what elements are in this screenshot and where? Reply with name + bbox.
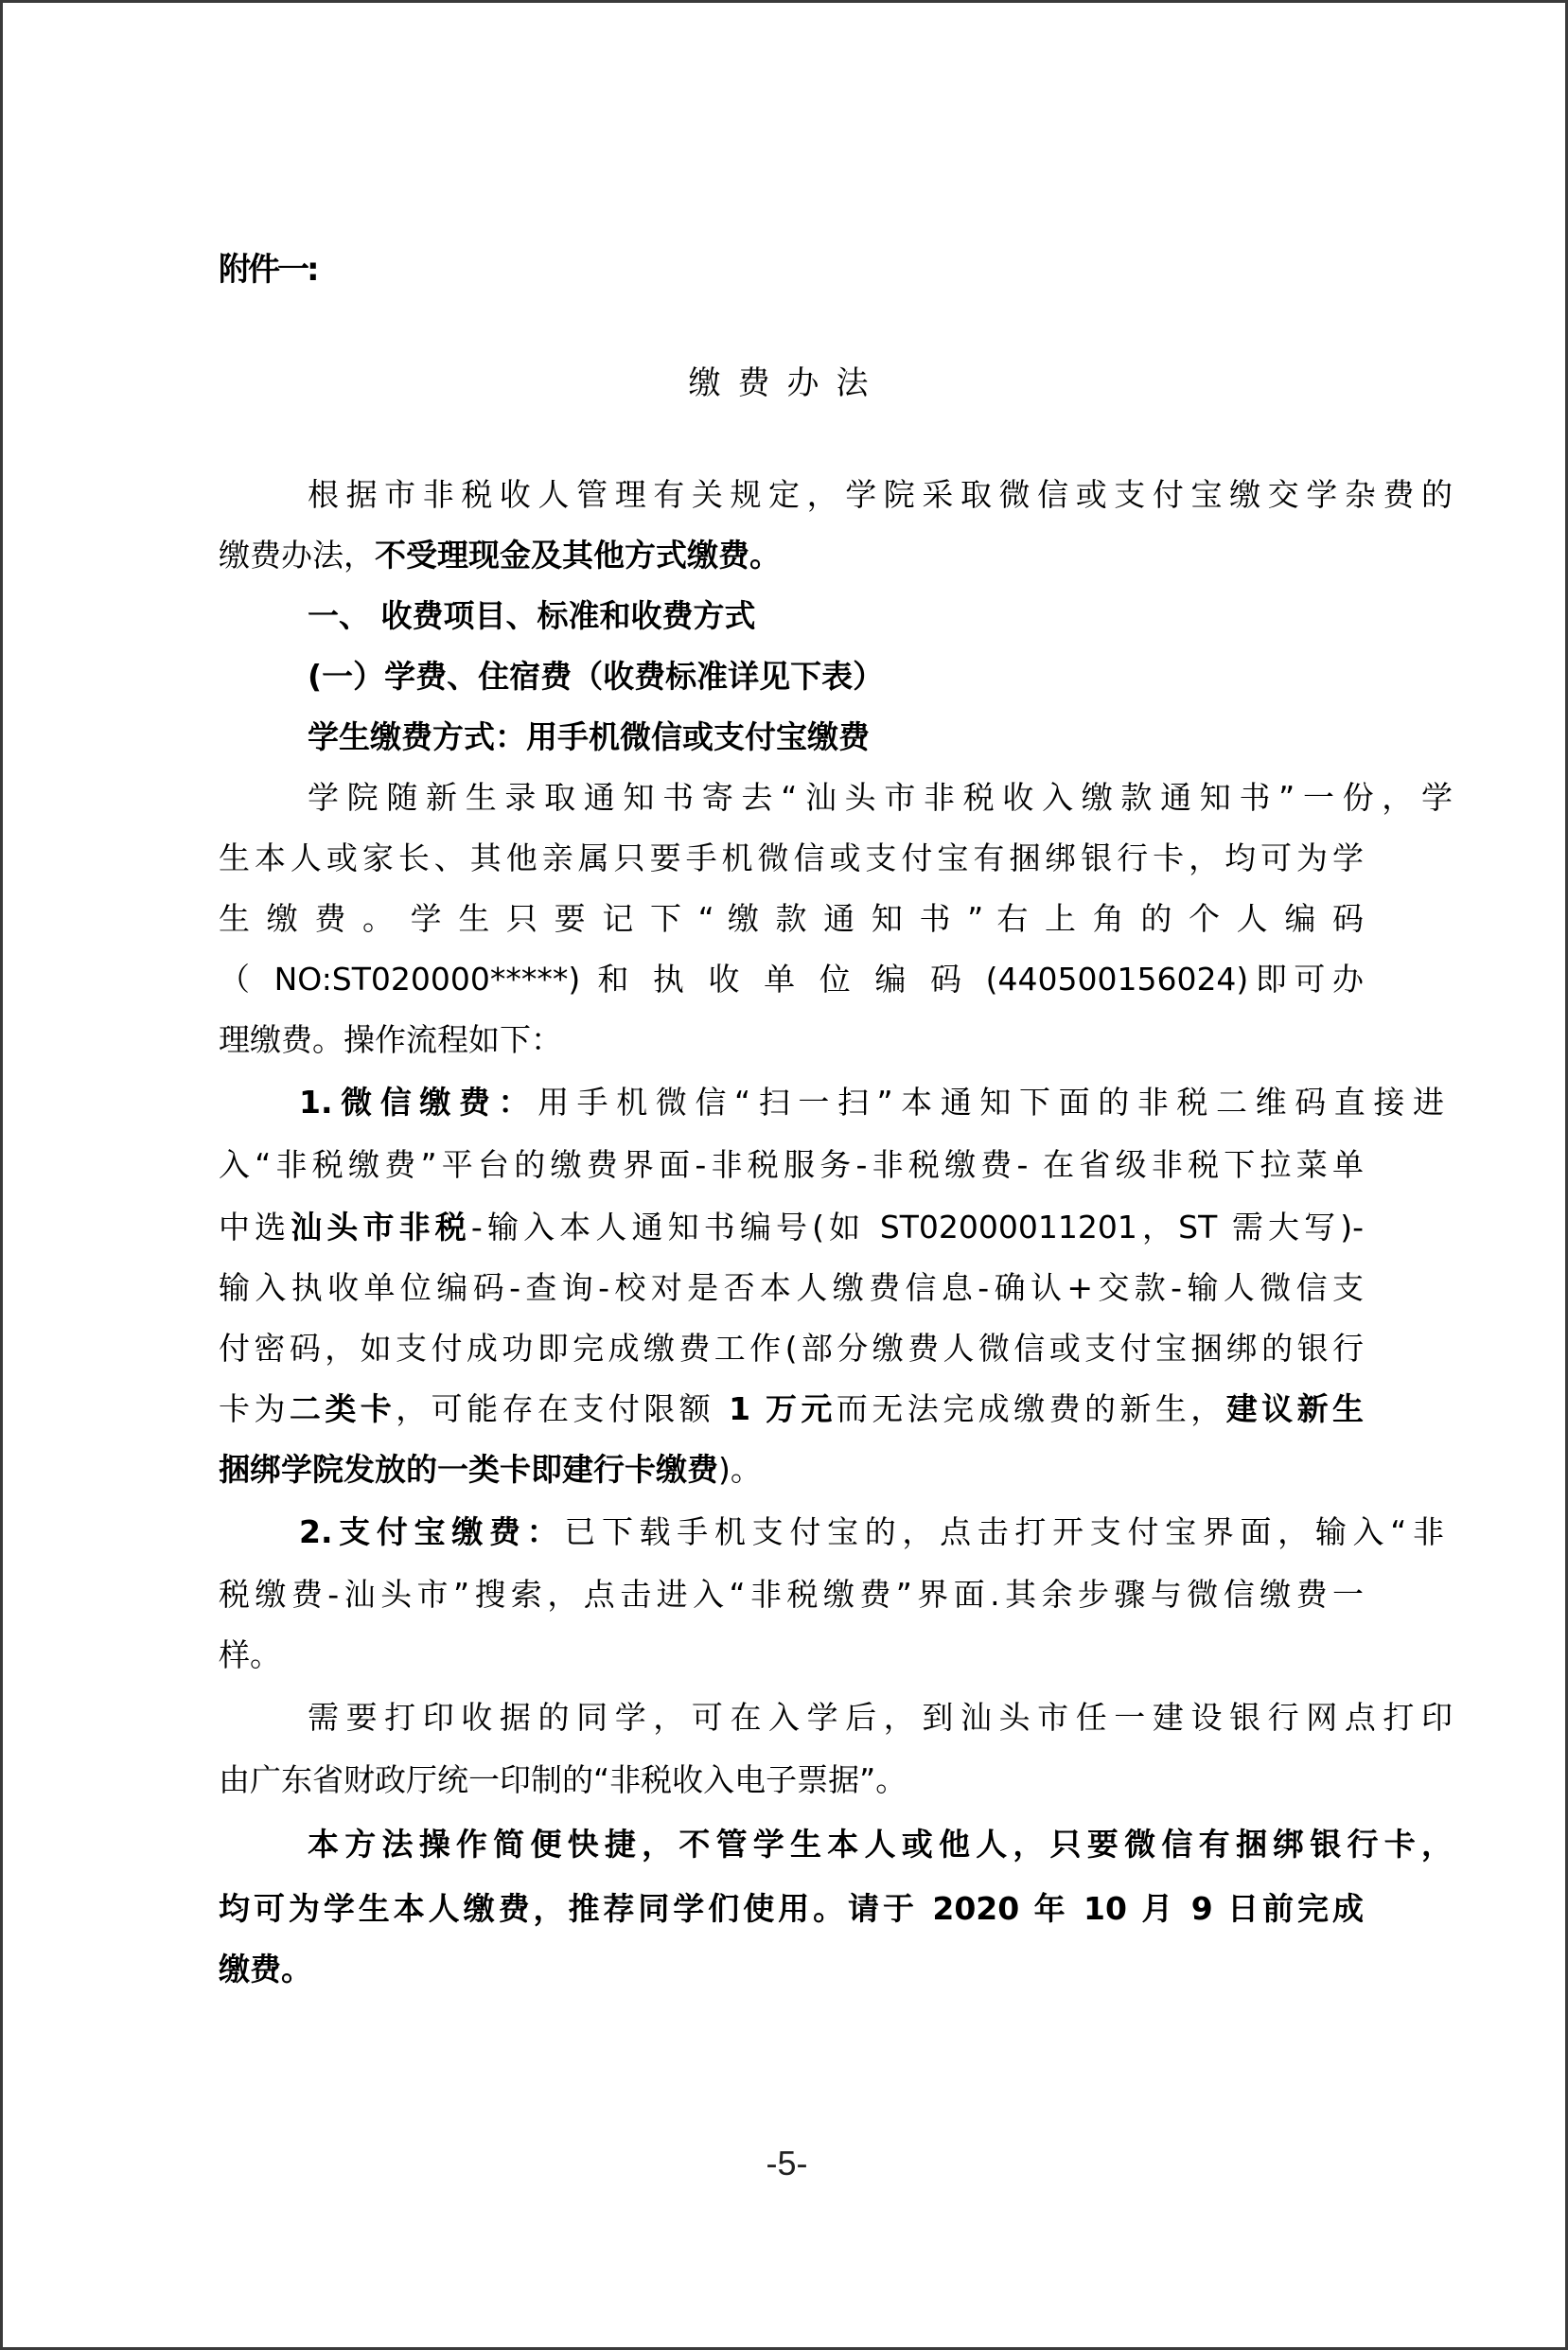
bold-text: 学生缴费方式：用手机微信或支付宝缴费 (308, 718, 870, 755)
page-number: -5- (3, 2144, 1568, 2183)
bold-text: 1.微信缴费： (299, 1084, 537, 1121)
bold-text: 本方法操作简便快捷，不管学生本人或他人，只要微信有捆绑银行卡， (308, 1826, 1453, 1863)
body-text: )。 (718, 1451, 762, 1488)
bold-text: (一）学费、住宿费（收费标准详见下表） (308, 658, 884, 695)
body-text: 付密码，如支付成功即完成缴费工作(部分缴费人微信或支付宝捆绑的银行 (219, 1330, 1364, 1367)
bold-text: 1 万元 (729, 1390, 837, 1427)
bold-text: 缴费。 (219, 1951, 312, 1988)
body-line: 学生缴费方式：用手机微信或支付宝缴费 (219, 718, 1453, 756)
bold-text: 捆绑学院发放的一类卡即建行卡缴费 (219, 1451, 718, 1488)
body-line: 学院随新生录取通知书寄去“汕头市非税收入缴款通知书”一份，学 (219, 779, 1453, 817)
body-line: 生本人或家长、其他亲属只要手机微信或支付宝有捆绑银行卡，均可为学 (219, 839, 1364, 877)
body-line: 付密码，如支付成功即完成缴费工作(部分缴费人微信或支付宝捆绑的银行 (219, 1330, 1364, 1368)
bold-text: 不受理现金及其他方式缴费。 (375, 537, 781, 574)
body-text: 用手机微信“扫一扫”本通知下面的非税二维码直接进 (537, 1084, 1444, 1121)
body-line: 输入执收单位编码-查询-校对是否本人缴费信息-确认+交款-输人微信支 (219, 1269, 1364, 1307)
bold-text: 2.支付宝缴费： (299, 1513, 564, 1550)
body-text: 需要打印收据的同学，可在入学后，到汕头市任一建设银行网点打印 (308, 1699, 1453, 1736)
body-text: ，可能存在支付限额 (396, 1390, 729, 1427)
body-text: 样。 (219, 1636, 281, 1673)
body-line: 缴费办法，不受理现金及其他方式缴费。 (219, 537, 1364, 574)
body-line: 入“非税缴费”平台的缴费界面-非税服务-非税缴费- 在省级非税下拉菜单 (219, 1146, 1364, 1184)
body-text: 中选 (219, 1209, 291, 1246)
body-text: 理缴费。操作流程如下： (219, 1021, 562, 1058)
body-line: 缴费。 (219, 1951, 1364, 1988)
body-line: 本方法操作简便快捷，不管学生本人或他人，只要微信有捆绑银行卡， (219, 1826, 1453, 1864)
document-page: 附件一: 缴费办法 根据市非税收人管理有关规定，学院采取微信或支付宝缴交学杂费的… (0, 0, 1568, 2350)
body-text: 入“非税缴费”平台的缴费界面-非税服务-非税缴费- 在省级非税下拉菜单 (219, 1146, 1364, 1183)
body-text: 已下载手机支付宝的，点击打开支付宝界面，输入“非 (564, 1513, 1444, 1550)
bold-text: 建议新生 (1226, 1390, 1364, 1427)
attachment-label: 附件一: (219, 243, 317, 290)
body-text: 卡为 (219, 1390, 290, 1427)
bold-text: 一、 收费项目、标准和收费方式 (308, 597, 756, 634)
body-text: 缴费办法， (219, 537, 375, 574)
body-text: 根据市非税收人管理有关规定，学院采取微信或支付宝缴交学杂费的 (308, 476, 1453, 513)
body-text: 生 缴 费 。 学 生 只 要 记 下 “ 缴 款 通 知 书 ” 右 上 角 … (219, 900, 1364, 937)
body-text: 学院随新生录取通知书寄去“汕头市非税收入缴款通知书”一份，学 (308, 779, 1453, 816)
body-text: 输入执收单位编码-查询-校对是否本人缴费信息-确认+交款-输人微信支 (219, 1269, 1364, 1306)
body-text: 生本人或家长、其他亲属只要手机微信或支付宝有捆绑银行卡，均可为学 (219, 839, 1364, 876)
body-line: 均可为学生本人缴费，推荐同学们使用。请于 2020 年 10 月 9 日前完成 (219, 1890, 1364, 1928)
body-line: 样。 (219, 1636, 1364, 1674)
body-text: -输入本人通知书编号(如 ST02000011201，ST 需大写)- (471, 1209, 1364, 1246)
body-line: 卡为二类卡，可能存在支付限额 1 万元而无法完成缴费的新生，建议新生 (219, 1390, 1364, 1428)
body-line: 根据市非税收人管理有关规定，学院采取微信或支付宝缴交学杂费的 (219, 476, 1453, 514)
body-text: 而无法完成缴费的新生， (837, 1390, 1226, 1427)
body-line: 一、 收费项目、标准和收费方式 (219, 597, 1453, 635)
bold-text: 均可为学生本人缴费，推荐同学们使用。请于 2020 年 10 月 9 日前完成 (219, 1890, 1364, 1927)
body-line: 需要打印收据的同学，可在入学后，到汕头市任一建设银行网点打印 (219, 1699, 1453, 1737)
body-line: 中选汕头市非税-输入本人通知书编号(如 ST02000011201，ST 需大写… (219, 1209, 1364, 1246)
body-line: (一）学费、住宿费（收费标准详见下表） (219, 658, 1453, 696)
body-line: 捆绑学院发放的一类卡即建行卡缴费)。 (219, 1451, 1364, 1489)
body-line: 理缴费。操作流程如下： (219, 1021, 1364, 1059)
bold-text: 二类卡 (290, 1390, 396, 1427)
body-text: 由广东省财政厅统一印制的“非税收入电子票据”。 (219, 1761, 907, 1798)
body-line: 由广东省财政厅统一印制的“非税收入电子票据”。 (219, 1761, 1364, 1799)
body-line: 生 缴 费 。 学 生 只 要 记 下 “ 缴 款 通 知 书 ” 右 上 角 … (219, 900, 1364, 938)
body-text: 税缴费-汕头市”搜索，点击进入“非税缴费”界面.其余步骤与微信缴费一 (219, 1576, 1364, 1613)
body-line: 2.支付宝缴费：已下载手机支付宝的，点击打开支付宝界面，输入“非 (219, 1513, 1444, 1551)
body-line: （ NO:ST020000*****) 和 执 收 单 位 编 码 (44050… (219, 961, 1364, 998)
bold-text: 汕头市非税 (291, 1209, 471, 1246)
body-line: 税缴费-汕头市”搜索，点击进入“非税缴费”界面.其余步骤与微信缴费一 (219, 1576, 1364, 1614)
body-text: （ NO:ST020000*****) 和 执 收 单 位 编 码 (44050… (219, 961, 1364, 998)
body-line: 1.微信缴费：用手机微信“扫一扫”本通知下面的非税二维码直接进 (219, 1084, 1444, 1122)
document-title: 缴费办法 (3, 357, 1568, 403)
